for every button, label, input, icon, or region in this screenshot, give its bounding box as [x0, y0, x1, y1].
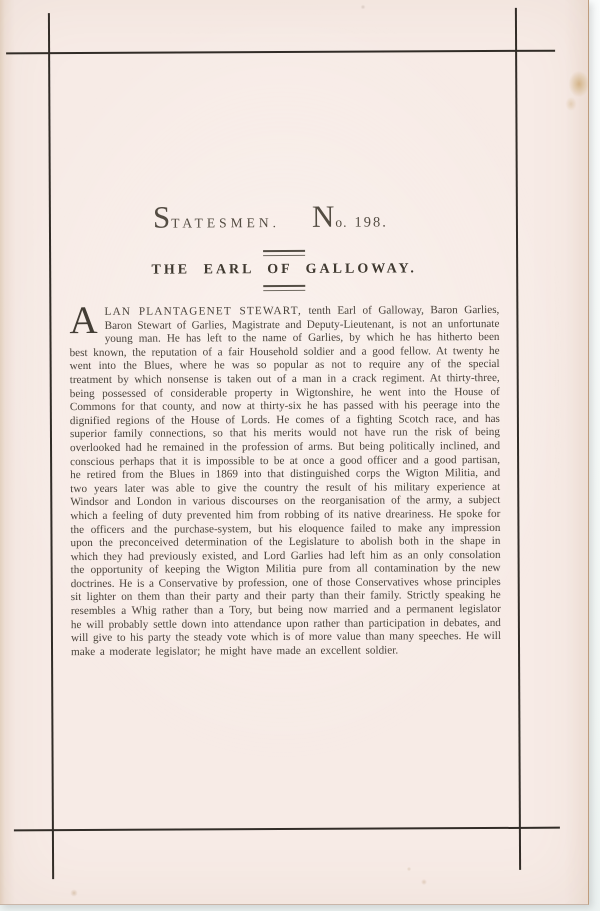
- frame-rule-right: [515, 8, 521, 870]
- series-number-initial: N: [312, 199, 336, 234]
- printed-plate: STATESMEN. No.198. THE EARL OF GALLOWAY.…: [0, 0, 590, 905]
- double-rule-divider-top: [263, 250, 305, 256]
- paper-page: STATESMEN. No.198. THE EARL OF GALLOWAY.…: [0, 0, 589, 905]
- series-title: STATESMEN.: [153, 201, 280, 233]
- double-rule-divider-bottom: [263, 285, 305, 291]
- frame-rule-bottom: [14, 827, 560, 832]
- frame-rule-top: [6, 50, 555, 55]
- article-title: THE EARL OF GALLOWAY.: [0, 261, 569, 280]
- scan-background: { "header": { "series_title": { "initial…: [0, 0, 600, 911]
- frame-rule-left: [48, 13, 54, 879]
- drop-cap: A: [69, 306, 104, 335]
- lead-caps: LAN PLANTAGENET STEWART,: [105, 305, 302, 318]
- body-text: tenth Earl of Galloway, Baron Garlies, B…: [70, 304, 501, 658]
- series-number: No.198.: [312, 201, 388, 232]
- series-title-rest: TATESMEN.: [171, 215, 280, 231]
- series-title-initial: S: [153, 200, 171, 235]
- series-number-abbrev: o.: [335, 215, 347, 230]
- series-number-figures: 198.: [354, 215, 387, 231]
- series-header: STATESMEN. No.198.: [54, 200, 487, 233]
- article-body: ALAN PLANTAGENET STEWART, tenth Earl of …: [69, 304, 501, 660]
